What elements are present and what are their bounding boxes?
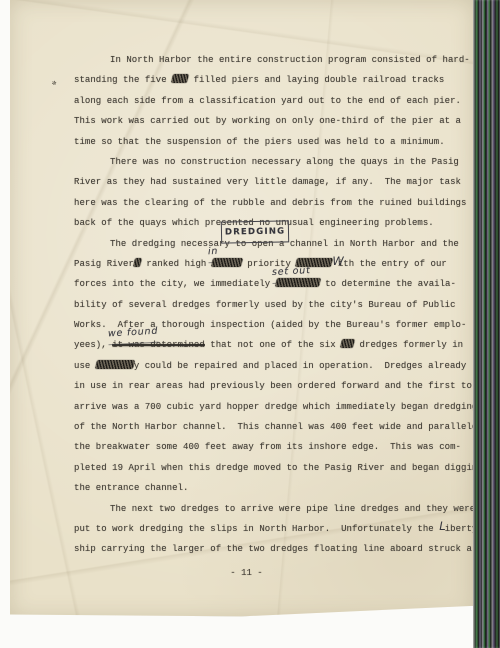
paper-sheet: ✻ In North Harbor the entire constructio… <box>10 0 473 617</box>
text-block: In North Harbor the entire construction … <box>74 48 474 558</box>
typed-text: In North Harbor the entire construction … <box>110 55 470 65</box>
typed-text: There was no construction necessary alon… <box>110 157 459 167</box>
typed-text: time so that the suspension of the piers… <box>74 137 445 147</box>
typed-text: pleted 19 April when this dredge moved t… <box>74 463 483 473</box>
typed-text: put to work dredging the slips in North … <box>74 524 439 534</box>
typed-line: the entrance channel. <box>74 476 474 496</box>
typed-line: arrive was a 700 cubic yard hopper dredg… <box>74 395 474 415</box>
typed-line: forces into the city, we immediately set… <box>74 272 474 292</box>
typed-line: pleted 19 April when this dredge moved t… <box>74 456 474 476</box>
handwritten-boxed-text: DREDGING <box>221 220 290 244</box>
scribble-redaction <box>340 339 355 348</box>
typed-line: There was no construction necessary alon… <box>74 150 474 170</box>
typed-line: in use in rear areas had previously been… <box>74 374 474 394</box>
typed-line: time so that the suspension of the piers… <box>74 130 474 150</box>
typed-line: The next two dredges to arrive were pipe… <box>74 497 474 517</box>
typed-text: that not one of the six <box>205 340 341 350</box>
handwritten-letter: L <box>439 516 445 536</box>
typed-line: This work was carried out by working on … <box>74 109 474 129</box>
typed-line: ship carrying the larger of the two dred… <box>74 537 474 557</box>
typed-text: yees), <box>74 340 112 350</box>
scribble-redaction <box>211 258 243 267</box>
typed-text: use <box>74 361 96 371</box>
typed-line: here was the clearing of the rubble and … <box>74 191 474 211</box>
typed-text: ship carrying the larger of the two dred… <box>74 544 472 554</box>
typed-text: to determine the availa- <box>320 279 456 289</box>
typed-text: of the North Harbor channel. This channe… <box>74 422 483 432</box>
typed-line: use y could be repaired and placed in op… <box>74 354 474 374</box>
typed-text: standing the five <box>74 75 172 85</box>
typed-text: The next two dredges to arrive were pipe… <box>110 504 475 514</box>
typed-line: of the North Harbor channel. This channe… <box>74 415 474 435</box>
typed-text: River as they had sustained very little … <box>74 177 461 187</box>
typed-text: Pasig River <box>74 259 134 269</box>
typed-text: bility of several dredges formerly used … <box>74 300 456 310</box>
typed-text: arrive was a 700 cubic yard hopper dredg… <box>74 402 477 412</box>
typed-line: bility of several dredges formerly used … <box>74 293 474 313</box>
page-number: - 11 - <box>10 568 483 578</box>
book-binding-stripes <box>473 0 500 648</box>
typed-line: along each side from a classification ya… <box>74 89 474 109</box>
typed-text: the breakwater some 400 feet away from i… <box>74 442 461 452</box>
scribble-redaction <box>275 278 321 287</box>
handwritten-text: we found <box>108 322 159 346</box>
typed-line: the breakwater some 400 feet away from i… <box>74 435 474 455</box>
typed-line: put to work dredging the slips in North … <box>74 517 474 537</box>
scanned-document-page: ✻ In North Harbor the entire constructio… <box>0 0 500 648</box>
typed-text: ith the entry of our <box>338 259 447 269</box>
typed-text: along each side from a classification ya… <box>74 96 461 106</box>
typed-text: dredges formerly in <box>354 340 463 350</box>
scribble-redaction <box>95 360 135 369</box>
typed-line: In North Harbor the entire construction … <box>74 48 474 68</box>
typed-text: forces into the city, we immediately <box>74 279 276 289</box>
typed-text: here was the clearing of the rubble and … <box>74 198 466 208</box>
typed-line: The dredging necessary DREDGINGto open a… <box>74 232 474 252</box>
typed-text: ranked high <box>141 259 212 269</box>
handwritten-letter: W <box>332 251 338 271</box>
typed-text: in use in rear areas had previously been… <box>74 381 472 391</box>
typed-text: filled piers and laying double railroad … <box>188 75 444 85</box>
typed-line: standing the five filled piers and layin… <box>74 68 474 88</box>
scribble-redaction <box>171 74 189 83</box>
typed-line: River as they had sustained very little … <box>74 170 474 190</box>
typed-text: y could be repaired and placed in operat… <box>134 361 467 371</box>
typed-text: the entrance channel. <box>74 483 188 493</box>
margin-pencil-mark: ✻ <box>51 79 57 89</box>
typed-line: yees), we foundit was determined that no… <box>74 333 474 353</box>
typed-text: This work was carried out by working on … <box>74 116 461 126</box>
